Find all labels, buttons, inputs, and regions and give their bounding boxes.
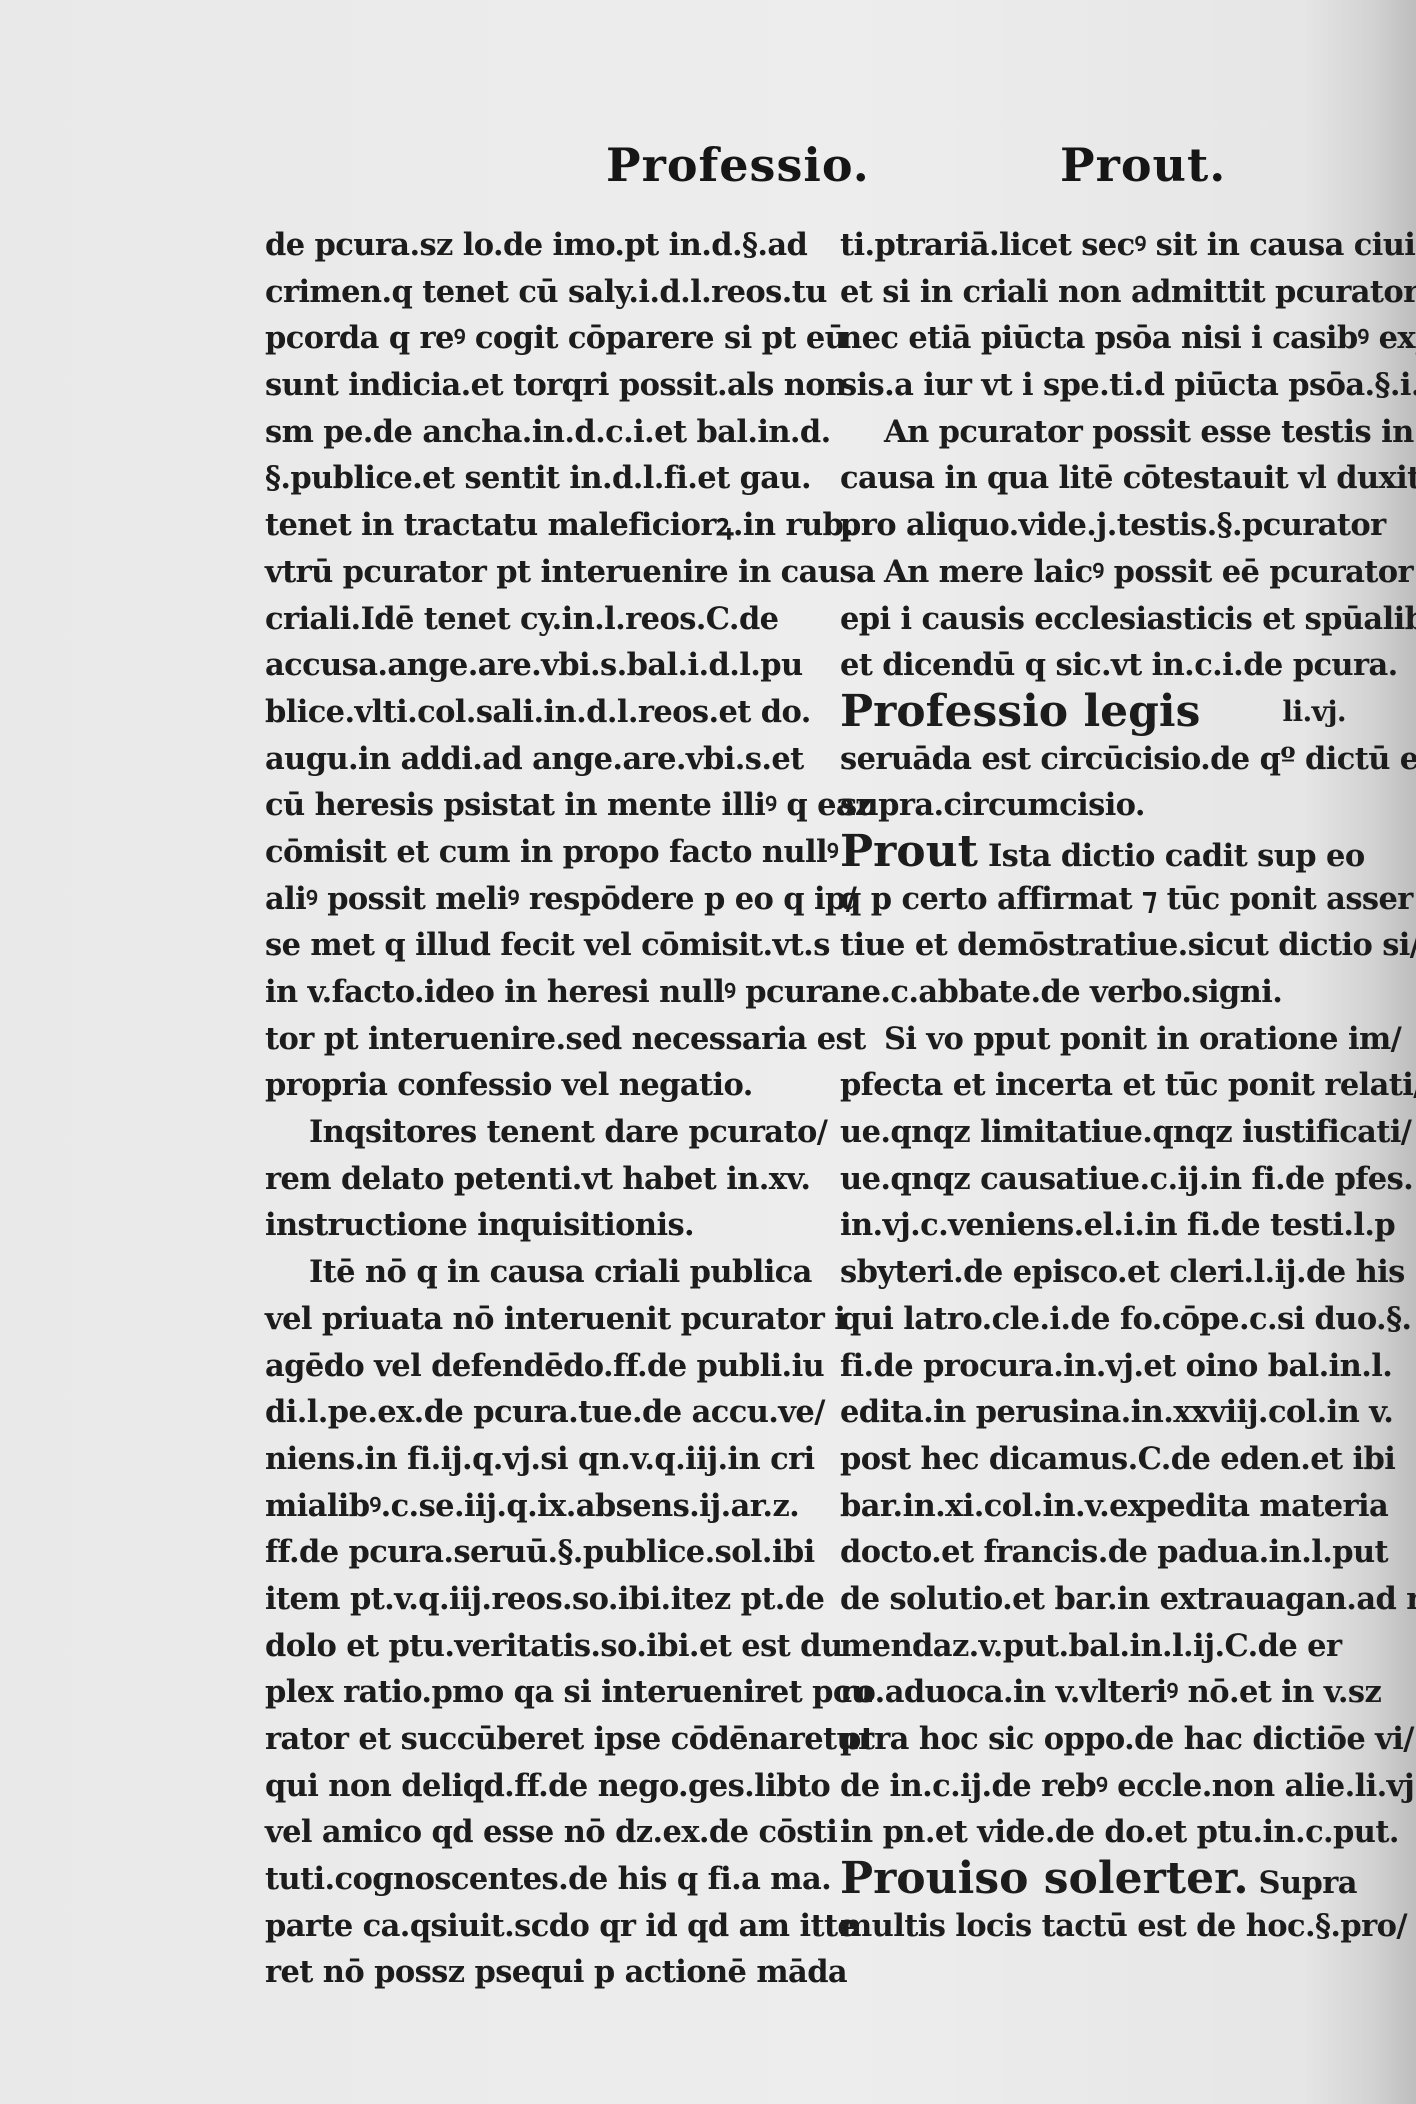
paragraph-start-line: Itē nō q in causa criali publica bbox=[265, 1249, 765, 1296]
text-line: mendaz.v.put.bal.in.l.ij.C.de er bbox=[840, 1623, 1360, 1670]
text-line: ff.de pcura.seruū.§.publice.sol.ibi bbox=[265, 1529, 765, 1576]
text-line: crimen.q tenet cū saly.i.d.l.reos.tu bbox=[265, 269, 765, 316]
text-line: cōmisit et cum in propo facto nullꝰ bbox=[265, 829, 765, 876]
text-line: in pn.et vide.de do.et ptu.in.c.put. bbox=[840, 1809, 1360, 1856]
text-line: niens.in fi.ij.q.vj.si qn.v.q.iij.in cri bbox=[265, 1436, 765, 1483]
text-line: sis.a iur vt i spe.ti.d piūcta psōa.§.i. bbox=[840, 362, 1360, 409]
right-column: ti.ptrariā.licet secꝰ sit in causa ciuil… bbox=[840, 222, 1360, 1949]
text-line: vel amico qd esse nō dz.ex.de cōsti bbox=[265, 1809, 765, 1856]
text-line: et si in criali non admittit pcurator bbox=[840, 269, 1360, 316]
text-line: docto.et francis.de padua.in.l.put bbox=[840, 1529, 1360, 1576]
text-line: post hec dicamus.C.de eden.et ibi bbox=[840, 1436, 1360, 1483]
running-head-left: Professio. bbox=[606, 138, 870, 192]
text-line: cū heresis psistat in mente illiꝰ q eaz bbox=[265, 782, 765, 829]
text-line: ne.c.abbate.de verbo.signi. bbox=[840, 969, 1360, 1016]
entry-heading-prout: ProutIsta dictio cadit sup eo bbox=[840, 829, 1360, 876]
text-line: seruāda est circūcisio.de qº dictū est bbox=[840, 736, 1360, 783]
text-line: qui non deliqd.ff.de nego.ges.libto bbox=[265, 1763, 765, 1810]
headword: Prouiso solerter. bbox=[840, 1853, 1249, 1904]
text-line: tuti.cognoscentes.de his q fi.a ma. bbox=[265, 1856, 765, 1903]
text-line: rator et succūberet ipse cōdēnaretur bbox=[265, 1716, 765, 1763]
text-line: rem delato petenti.vt habet in.xv. bbox=[265, 1156, 765, 1203]
headword: Professio legis bbox=[840, 686, 1200, 737]
left-column: de pcura.sz lo.de imo.pt in.d.§.ad crime… bbox=[265, 222, 765, 1996]
text-line: sbyteri.de episco.et cleri.l.ij.de his bbox=[840, 1249, 1360, 1296]
text-line: mialibꝰ.c.se.iij.q.ix.absens.ij.ar.z. bbox=[265, 1483, 765, 1530]
text-line: pcorda q reꝰ cogit cōparere si pt eū bbox=[265, 315, 765, 362]
text-line: bar.in.xi.col.in.v.expedita materia bbox=[840, 1483, 1360, 1530]
text-line: accusa.ange.are.vbi.s.bal.i.d.l.pu bbox=[265, 642, 765, 689]
text-line: ret nō possz psequi p actionē māda bbox=[265, 1949, 765, 1996]
headword: Prout bbox=[840, 826, 978, 877]
text-line: causa in qua litē cōtestauit vl duxit bbox=[840, 455, 1360, 502]
text-line: §.publice.et sentit in.d.l.fi.et gau. bbox=[265, 455, 765, 502]
text-line: parte ca.qsiuit.scdo qr id qd am itte bbox=[265, 1903, 765, 1950]
text-line: in v.facto.ideo in heresi nullꝰ pcura bbox=[265, 969, 765, 1016]
text-line: Supra bbox=[1259, 1865, 1357, 1901]
text-line: instructione inquisitionis. bbox=[265, 1202, 765, 1249]
text-line: blice.vlti.col.sali.in.d.l.reos.et do. bbox=[265, 689, 765, 736]
book-page: Professio. Prout. de pcura.sz lo.de imo.… bbox=[0, 0, 1416, 2104]
text-line: in.vj.c.veniens.el.i.in fi.de testi.l.p bbox=[840, 1202, 1360, 1249]
text-line: de pcura.sz lo.de imo.pt in.d.§.ad bbox=[265, 222, 765, 269]
text-line: ti.ptrariā.licet secꝰ sit in causa ciuil… bbox=[840, 222, 1360, 269]
text-line: dolo et ptu.veritatis.so.ibi.et est du bbox=[265, 1623, 765, 1670]
text-line: qui latro.cle.i.de fo.cōpe.c.si duo.§. bbox=[840, 1296, 1360, 1343]
text-line: pfecta et incerta et tūc ponit relati/ bbox=[840, 1062, 1360, 1109]
text-line: augu.in addi.ad ange.are.vbi.s.et bbox=[265, 736, 765, 783]
text-line: et dicendū q sic.vt in.c.i.de pcura. bbox=[840, 642, 1360, 689]
text-line: vtrū pcurator pt interuenire in causa bbox=[265, 549, 765, 596]
text-line: sunt indicia.et torqri possit.als non bbox=[265, 362, 765, 409]
text-line: pro aliquo.vide.j.testis.§.pcurator bbox=[840, 502, 1360, 549]
text-line: tenet in tractatu maleficiorꝝ.in rub. bbox=[265, 502, 765, 549]
text-line: q p certo affirmat ⁊ tūc ponit asser bbox=[840, 876, 1360, 923]
text-line: tiue et demōstratiue.sicut dictio si/ bbox=[840, 922, 1360, 969]
text-line: plex ratio.pmo qa si interueniret pcu bbox=[265, 1669, 765, 1716]
paragraph-start-line: An pcurator possit esse testis in bbox=[840, 409, 1360, 456]
text-line: propria confessio vel negatio. bbox=[265, 1062, 765, 1109]
text-line: ro.aduoca.in v.vlteriꝰ nō.et in v.sz bbox=[840, 1669, 1360, 1716]
running-head-right: Prout. bbox=[1060, 138, 1226, 192]
paragraph-start-line: An mere laicꝰ possit eē pcurator bbox=[840, 549, 1360, 596]
text-line: criali.Idē tenet cy.in.l.reos.C.de bbox=[265, 596, 765, 643]
text-line: se met q illud fecit vel cōmisit.vt.s bbox=[265, 922, 765, 969]
text-line: nec etiā piūcta psōa nisi i casibꝰ expsi bbox=[840, 315, 1360, 362]
text-line: edita.in perusina.in.xxviij.col.in v. bbox=[840, 1389, 1360, 1436]
text-line: ptra hoc sic oppo.de hac dictiōe vi/ bbox=[840, 1716, 1360, 1763]
text-line: vel priuata nō interuenit pcurator i bbox=[265, 1296, 765, 1343]
text-line: fi.de procura.in.vj.et oino bal.in.l. bbox=[840, 1343, 1360, 1390]
text-line: epi i causis ecclesiasticis et spūalibꝰ. bbox=[840, 596, 1360, 643]
text-line: multis locis tactū est de hoc.§.pro/ bbox=[840, 1903, 1360, 1950]
text-line: supra.circumcisio. bbox=[840, 782, 1360, 829]
paragraph-start-line: Si vo pput ponit in oratione im/ bbox=[840, 1016, 1360, 1063]
entry-heading-professio-legis: Professio legis li.vj. bbox=[840, 689, 1360, 736]
text-line: aliꝰ possit meliꝰ respōdere p eo q ip/ bbox=[265, 876, 765, 923]
text-line: Ista dictio cadit sup eo bbox=[988, 838, 1365, 874]
text-line: de solutio.et bar.in extrauagan.ad rep bbox=[840, 1576, 1360, 1623]
headword-reference: li.vj. bbox=[1282, 689, 1346, 736]
paragraph-start-line: Inqsitores tenent dare pcurato/ bbox=[265, 1109, 765, 1156]
text-line: tor pt interuenire.sed necessaria est bbox=[265, 1016, 765, 1063]
text-line: sm pe.de ancha.in.d.c.i.et bal.in.d. bbox=[265, 409, 765, 456]
text-line: ue.qnqz causatiue.c.ij.in fi.de pfes. bbox=[840, 1156, 1360, 1203]
text-line: item pt.v.q.iij.reos.so.ibi.itez pt.de bbox=[265, 1576, 765, 1623]
entry-heading-prouiso-solerter: Prouiso solerter.Supra bbox=[840, 1856, 1360, 1903]
text-line: di.l.pe.ex.de pcura.tue.de accu.ve/ bbox=[265, 1389, 765, 1436]
text-line: agēdo vel defendēdo.ff.de publi.iu bbox=[265, 1343, 765, 1390]
text-line: ue.qnqz limitatiue.qnqz iustificati/ bbox=[840, 1109, 1360, 1156]
text-line: de in.c.ij.de rebꝰ eccle.non alie.li.vj bbox=[840, 1763, 1360, 1810]
